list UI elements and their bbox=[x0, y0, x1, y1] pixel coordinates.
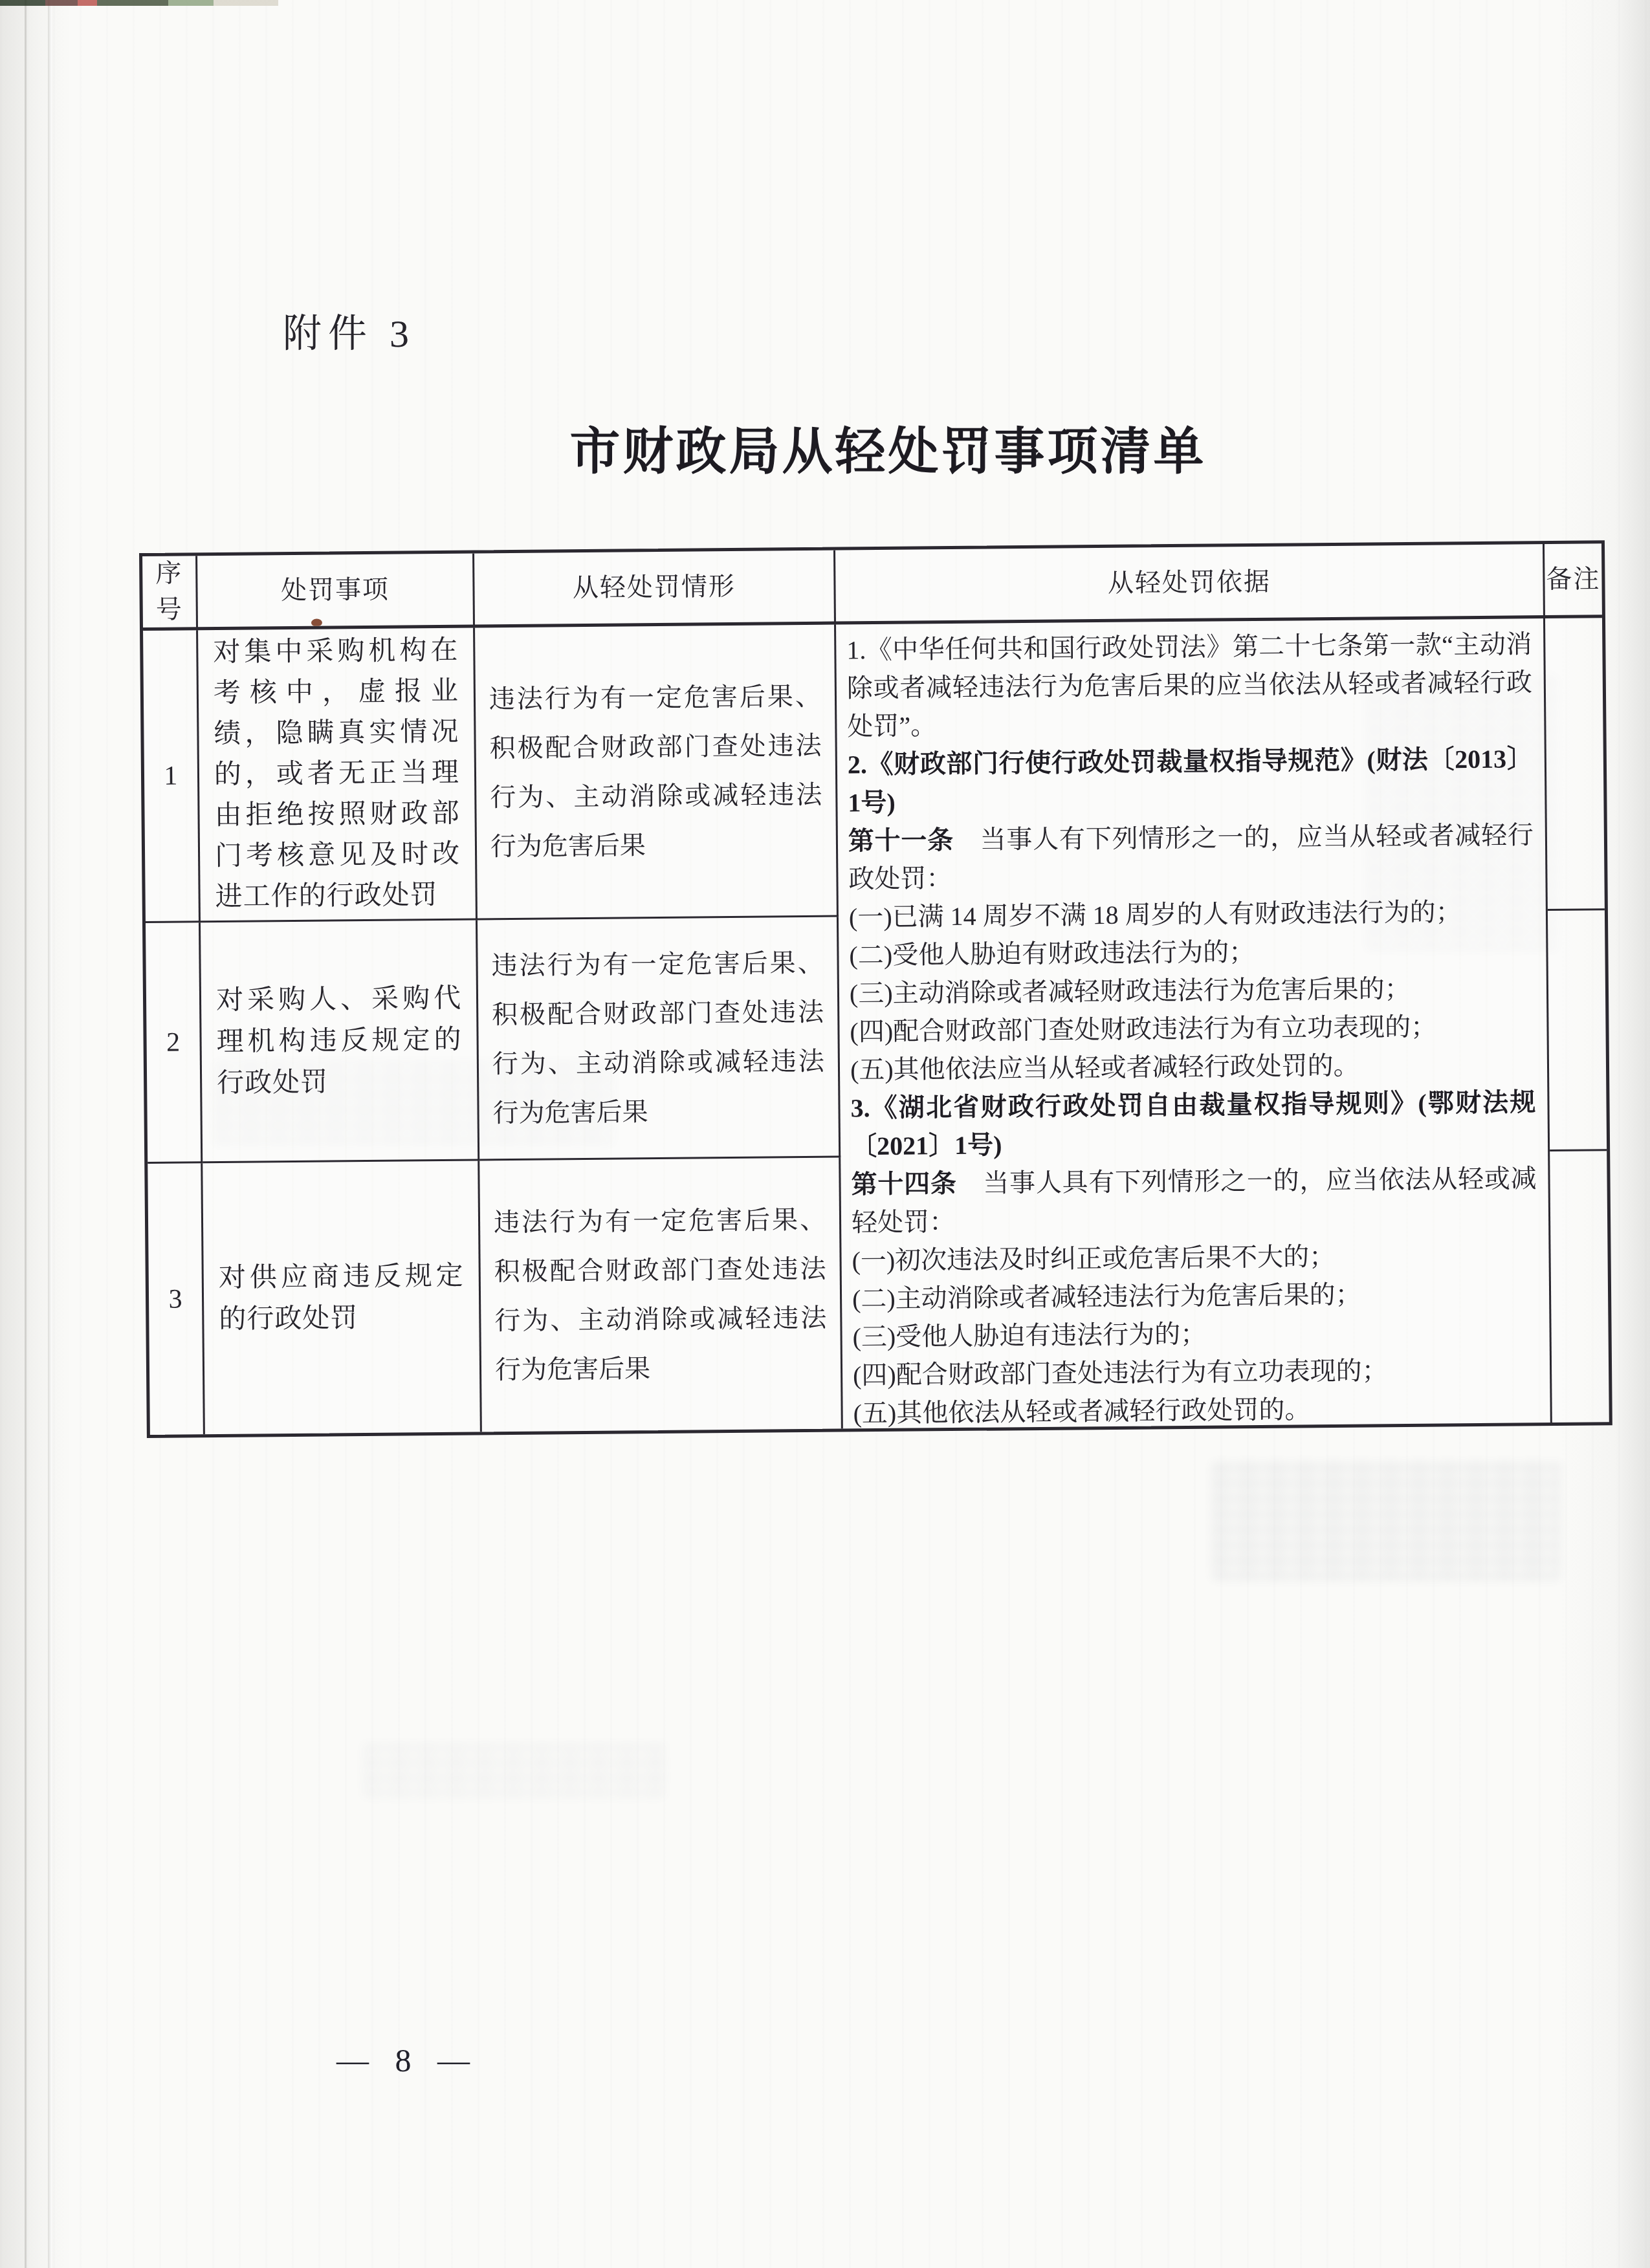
header-circumstance-label: 从轻处罚情形 bbox=[573, 569, 736, 606]
basis-paragraph: (一)初次违法及时纠正或危害后果不大的； bbox=[852, 1236, 1537, 1280]
basis-paragraph: 3.《湖北省财政行政处罚自由裁量权指导规则》(鄂财法规〔2021〕1号) bbox=[850, 1083, 1536, 1165]
row-circumstance: 违法行为有一定危害后果、积极配合财政部门查处违法行为、主动消除或减轻违法行为危害… bbox=[475, 625, 839, 921]
page-number: — 8 — bbox=[324, 2042, 492, 2079]
bleedthrough-smudge bbox=[214, 1061, 615, 1145]
ink-dot-artifact bbox=[311, 619, 322, 627]
bleedthrough-smudge bbox=[1365, 673, 1559, 951]
header-basis-label: 从轻处罚依据 bbox=[1108, 564, 1271, 602]
basis-paragraph: (二)主动消除或者减轻违法行为危害后果的； bbox=[852, 1274, 1537, 1318]
row-item: 对集中采购机构在考核中，虚报业绩，隐瞒真实情况的，或者无正当理由拒绝按照财政部门… bbox=[198, 627, 478, 922]
header-index: 序号 bbox=[142, 556, 198, 631]
header-basis: 从轻处罚依据 bbox=[835, 544, 1545, 625]
scanner-edge-artifact bbox=[0, 0, 278, 6]
row-item: 对供应商违反规定的行政处罚 bbox=[203, 1161, 482, 1434]
scanned-document-page: 附件 3 市财政局从轻处罚事项清单 序号 处罚事项 从轻处罚情形 从轻处罚依据 … bbox=[0, 0, 1650, 2268]
row-item-text: 对供应商违反规定的行政处罚 bbox=[203, 1252, 479, 1343]
basis-paragraph: (四)配合财政部门查处违法行为有立功表现的； bbox=[853, 1350, 1538, 1394]
page-title: 市财政局从轻处罚事项清单 bbox=[139, 411, 1605, 484]
header-remark: 备注 bbox=[1545, 543, 1602, 618]
row-item-text: 对集中采购机构在考核中，虚报业绩，隐瞒真实情况的，或者无正当理由拒绝按照财政部门… bbox=[198, 628, 476, 921]
basis-paragraph: (五)其他依法应当从轻或者减轻行政处罚的。 bbox=[850, 1045, 1535, 1089]
row-circumstance-text: 违法行为有一定危害后果、积极配合财政部门查处违法行为、主动消除或减轻违法行为危害… bbox=[480, 1195, 841, 1395]
basis-paragraph: (四)配合财政部门查处财政违法行为有立功表现的； bbox=[850, 1007, 1535, 1051]
bleedthrough-smudge bbox=[1211, 1461, 1561, 1580]
basis-article-number: 第十一条 bbox=[848, 825, 954, 855]
scan-edge-line bbox=[25, 0, 27, 2268]
row-index: 2 bbox=[146, 922, 203, 1164]
basis-paragraph: (三)主动消除或者减轻财政违法行为危害后果的； bbox=[850, 968, 1535, 1012]
header-index-label: 序号 bbox=[142, 556, 196, 628]
basis-paragraph: (三)受他人胁迫有违法行为的； bbox=[852, 1312, 1537, 1356]
header-item: 处罚事项 bbox=[197, 553, 475, 630]
row-circumstance-text: 违法行为有一定危害后果、积极配合财政部门查处违法行为、主动消除或减轻违法行为危害… bbox=[476, 671, 837, 871]
row-circumstance: 违法行为有一定危害后果、积极配合财政部门查处违法行为、主动消除或减轻违法行为危害… bbox=[479, 1158, 843, 1432]
header-circumstance: 从轻处罚情形 bbox=[474, 551, 836, 628]
row-remark bbox=[1550, 1151, 1609, 1423]
row-index: 1 bbox=[143, 630, 201, 923]
header-item-label: 处罚事项 bbox=[281, 572, 390, 609]
page-fold-edge bbox=[48, 0, 52, 2268]
row-index: 3 bbox=[148, 1163, 205, 1435]
basis-article-number: 第十四条 bbox=[851, 1169, 956, 1199]
attachment-label: 附件 3 bbox=[283, 303, 415, 358]
basis-paragraph: 第十四条 当事人具有下列情形之一的，应当依法从轻或减轻处罚： bbox=[851, 1159, 1537, 1241]
basis-paragraph: (五)其他依法从轻或者减轻行政处罚的。 bbox=[853, 1388, 1538, 1432]
header-remark-label: 备注 bbox=[1546, 561, 1600, 598]
bleedthrough-smudge bbox=[362, 1743, 666, 1798]
